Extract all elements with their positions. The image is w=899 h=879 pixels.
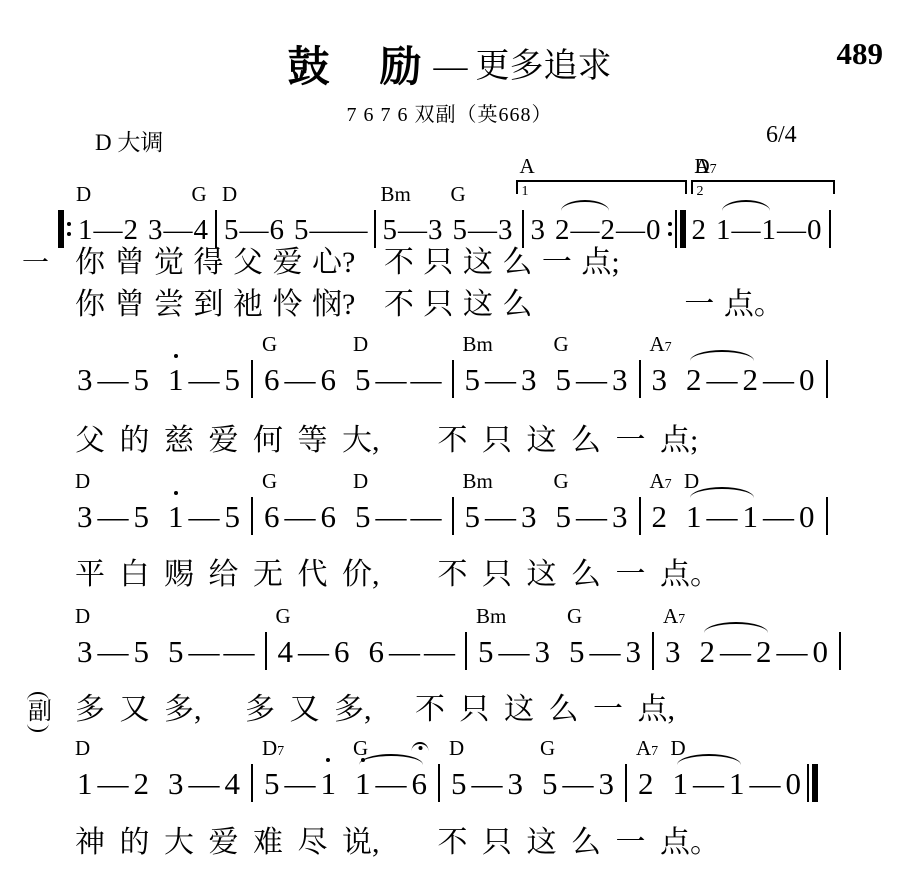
duration-dash: —	[763, 499, 794, 535]
note-number: 1	[321, 766, 337, 801]
note-number: 3	[521, 362, 537, 397]
tie-arc: 1—1	[715, 212, 777, 248]
note-number: 2	[652, 499, 668, 534]
note-number: 3	[148, 214, 163, 246]
note: 5	[225, 362, 241, 398]
note-number: 5	[556, 499, 572, 534]
note: 5Bm	[383, 212, 398, 248]
barline	[452, 497, 454, 535]
tie-arc: 2—2	[683, 362, 761, 398]
note-number: 5	[134, 499, 150, 534]
note-number: 5	[134, 634, 150, 669]
chord-number: 7	[710, 162, 717, 177]
chord-label: D	[222, 184, 237, 205]
note: 5Bm	[478, 634, 494, 670]
note: 5D	[355, 362, 371, 398]
note: 2	[134, 766, 150, 802]
duration-dash: —	[98, 766, 129, 802]
note-number: 1	[743, 499, 759, 534]
note-number: 4	[278, 634, 294, 669]
note: 3	[498, 212, 513, 248]
chord-label: A7	[650, 334, 672, 355]
lyric-text: 平 白 赐 给 无 代 价, 不 只 这 么 一 点。	[75, 556, 720, 594]
note: 1	[321, 766, 337, 802]
note-number: 6	[369, 634, 385, 669]
note-number: 3	[498, 214, 513, 246]
note: 0	[786, 766, 802, 802]
note-number: 3	[535, 634, 551, 669]
note: 3D	[77, 634, 93, 670]
duration-dash: —	[240, 212, 269, 248]
note: 5G	[556, 362, 572, 398]
chord-label: G	[554, 334, 569, 355]
note-number: 6	[264, 362, 280, 397]
note: 0	[646, 212, 661, 248]
repeat-end-barline	[665, 210, 686, 248]
duration-dash: —	[616, 212, 645, 248]
repeat-dots	[67, 210, 71, 248]
duration-dash: —	[499, 634, 530, 670]
duration-dash: —	[189, 362, 220, 398]
duration-dash: —	[224, 634, 255, 670]
note: 3	[428, 212, 443, 248]
hymn-subtitle: 更多追求	[476, 48, 612, 85]
note: 5Bm	[465, 499, 481, 535]
duration-dash: —	[777, 212, 806, 248]
note-number: 4	[194, 214, 209, 246]
chord-label: D	[76, 184, 91, 205]
beat-gap	[152, 397, 165, 398]
barline	[826, 497, 828, 535]
note-number: 5	[451, 766, 467, 801]
beat-gap	[526, 801, 539, 802]
note-number: 3	[521, 499, 537, 534]
lyric-text: 神 的 大 爱 难 尽 说, 不 只 这 么 一 点。	[75, 824, 720, 862]
tie-arc: 1G—6	[352, 766, 430, 802]
barline	[522, 210, 524, 248]
page-title: 鼓 励—更多追求	[0, 34, 899, 94]
note: 5	[134, 362, 150, 398]
tie-arc: 2—2	[697, 634, 775, 670]
duration-dash: —	[411, 362, 442, 398]
refrain-mark: 副	[22, 692, 52, 730]
beat-gap	[339, 397, 352, 398]
duration-dash: —	[590, 634, 621, 670]
note: 1D	[78, 212, 93, 248]
note-number: 3	[508, 766, 524, 801]
chord-label: D	[671, 738, 686, 759]
barline	[438, 764, 440, 802]
note-number: 0	[799, 499, 815, 534]
note: 1	[762, 212, 777, 248]
note-number: 2	[638, 766, 654, 801]
meter-info: 7 6 7 6 双副（英668）	[0, 98, 899, 127]
duration-dash: —	[189, 499, 220, 535]
note-number: 5	[453, 214, 468, 246]
chord-label: G	[262, 471, 277, 492]
lyric-text: 你 曾 尝 到 祂 怜 悯? 不 只 这 么 一 点。	[75, 286, 784, 324]
lyric-text: 你 曾 觉 得 父 爱 心? 不 只 这 么 一 点;	[75, 244, 620, 282]
chord-label: G	[540, 738, 555, 759]
duration-dash: —	[424, 634, 455, 670]
note: 3A7	[652, 362, 668, 398]
note-number: 3	[612, 499, 628, 534]
repeat-dots	[668, 210, 672, 248]
note-number: 3	[531, 214, 546, 246]
time-signature: 6/4	[766, 122, 797, 149]
barline	[829, 210, 831, 248]
chord-label: G	[192, 184, 207, 205]
barline	[374, 210, 376, 248]
beat-gap	[657, 801, 670, 802]
music-line-5: 1D—23—45D7—11G—65D—35G—32A71D—1—0	[74, 734, 821, 802]
duration-dash: —	[707, 362, 738, 398]
note-number: 5	[225, 362, 241, 397]
note-number: 5	[465, 362, 481, 397]
barline	[265, 632, 267, 670]
note-number: 3	[77, 634, 93, 669]
barline	[452, 360, 454, 398]
note-number: 2	[692, 214, 707, 246]
note: 1D	[686, 499, 702, 535]
note: 2	[700, 634, 716, 670]
beat-gap	[670, 397, 683, 398]
note-number: 2	[756, 634, 772, 669]
duration-dash: —	[571, 212, 600, 248]
tie-arc: 2—2	[554, 212, 616, 248]
note-number: 1	[729, 766, 745, 801]
note-number: 2	[743, 362, 759, 397]
lyric-text: 多 又 多, 多 又 多, 不 只 这 么 一 点,	[75, 691, 675, 729]
chord-label: D	[353, 471, 368, 492]
note: 0	[807, 212, 822, 248]
duration-dash: —	[189, 634, 220, 670]
note: 5D	[355, 499, 371, 535]
beat-gap	[553, 669, 566, 670]
note-number: 1	[716, 214, 731, 246]
beat-gap	[707, 247, 715, 248]
beat-gap	[540, 534, 553, 535]
note: 3D	[77, 499, 93, 535]
music-line-2: 3—51—56G—65D——5Bm—35G—33A72—2—0	[74, 330, 836, 398]
note-number: 3	[77, 362, 93, 397]
volta-label: 1A	[522, 184, 530, 205]
volta-label: 2A7D	[697, 184, 705, 205]
note-number: 3	[612, 362, 628, 397]
duration-dash: —	[468, 212, 497, 248]
lyric-line-6: 神 的 大 爱 难 尽 说, 不 只 这 么 一 点。	[22, 824, 720, 862]
note: 3	[599, 766, 615, 802]
chord-number: 7	[665, 477, 672, 492]
note-number: 1	[77, 766, 93, 801]
note-number: 0	[646, 214, 661, 246]
duration-dash: —	[750, 766, 781, 802]
hymn-title: 鼓 励	[287, 45, 425, 91]
final-barline	[807, 764, 818, 802]
chord-label: A7	[636, 738, 658, 759]
note-number: 5	[355, 362, 371, 397]
chord-label: D	[353, 334, 368, 355]
lyric-prefix: 副	[22, 691, 75, 730]
note-number: 6	[264, 499, 280, 534]
note: 5G	[556, 499, 572, 535]
chord-label: A7	[663, 606, 685, 627]
beat-gap	[152, 669, 165, 670]
music-line-4: 3D—55——4G—66——5Bm—35G—33A72—2—0	[74, 602, 849, 670]
note-number: 2	[686, 362, 702, 397]
note-number: 2	[555, 214, 570, 246]
duration-dash: —	[285, 766, 316, 802]
chord-label: G	[554, 471, 569, 492]
note-number: 6	[270, 214, 285, 246]
duration-dash: —	[563, 766, 594, 802]
note: 5G	[453, 212, 468, 248]
duration-dash: —	[398, 212, 427, 248]
beat-gap	[353, 669, 366, 670]
lyric-line-2: 你 曾 尝 到 祂 怜 悯? 不 只 这 么 一 点。	[22, 286, 784, 324]
chord-label: D	[75, 738, 90, 759]
note-number: 5	[224, 214, 239, 246]
note-number: 2	[124, 214, 139, 246]
duration-dash: —	[94, 212, 123, 248]
duration-dash: —	[732, 212, 761, 248]
note: 3	[168, 766, 184, 802]
duration-dash: —	[763, 362, 794, 398]
barline	[826, 360, 828, 398]
note: 3	[521, 499, 537, 535]
note: 4	[225, 766, 241, 802]
note: 5G	[569, 634, 585, 670]
volta-number: 1	[522, 184, 529, 199]
note: 3	[626, 634, 642, 670]
chord-label: D	[449, 738, 464, 759]
duration-dash: —	[485, 362, 516, 398]
barline	[625, 764, 627, 802]
chord-label: G	[262, 334, 277, 355]
note: 4G	[194, 212, 209, 248]
duration-dash: —	[389, 634, 420, 670]
note: 3	[612, 499, 628, 535]
duration-dash: —	[777, 634, 808, 670]
note: 1	[168, 499, 184, 535]
barline	[639, 360, 641, 398]
chord-label: D	[684, 471, 699, 492]
duration-dash: —	[98, 499, 129, 535]
barline	[639, 497, 641, 535]
barline	[215, 210, 217, 248]
note-number: 1	[762, 214, 777, 246]
note: 1	[168, 362, 184, 398]
barline	[839, 632, 841, 670]
chord-label: Bm	[463, 334, 493, 355]
volta-number: 2	[697, 184, 704, 199]
chord-label: G	[353, 738, 368, 759]
duration-dash: —	[98, 634, 129, 670]
lyric-line-refrain: 副多 又 多, 多 又 多, 不 只 这 么 一 点,	[22, 691, 675, 730]
note: 1	[729, 766, 745, 802]
note-number: 5	[556, 362, 572, 397]
note: 5	[168, 634, 184, 670]
duration-dash: —	[98, 362, 129, 398]
note-number: 5	[294, 214, 309, 246]
lyric-line-3: 父 的 慈 爱 何 等 大, 不 只 这 么 一 点;	[22, 422, 698, 460]
note: 5	[294, 212, 309, 248]
duration-dash: —	[310, 212, 339, 248]
chord-label: Bm	[463, 471, 493, 492]
note-number: 1	[673, 766, 689, 801]
chord-label: D7	[262, 738, 284, 759]
note: 2A7	[652, 499, 668, 535]
note-number: 6	[412, 766, 428, 801]
lyric-line-4: 平 白 赐 给 无 代 价, 不 只 这 么 一 点。	[22, 556, 720, 594]
note-number: 1	[686, 499, 702, 534]
beat-gap	[670, 534, 683, 535]
note: 2	[124, 212, 139, 248]
note-number: 5	[225, 499, 241, 534]
note: 5	[134, 634, 150, 670]
note-number: 5	[355, 499, 371, 534]
note: 6	[321, 499, 337, 535]
note: 1G	[355, 766, 371, 802]
duration-dash: —	[576, 499, 607, 535]
note-number: 5	[465, 499, 481, 534]
note-number: 5	[383, 214, 398, 246]
note-number: 5	[134, 362, 150, 397]
duration-dash: —	[576, 362, 607, 398]
note-number: 0	[799, 362, 815, 397]
hymn-sheet: 鼓 励—更多追求 489 7 6 7 6 双副（英668） D 大调 6/4 1…	[0, 0, 899, 879]
note: 6	[321, 362, 337, 398]
chord-number: 7	[277, 744, 284, 759]
duration-dash: —	[285, 499, 316, 535]
note: 5D	[224, 212, 239, 248]
note: 5D7	[264, 766, 280, 802]
note: 2	[601, 212, 616, 248]
verse-number: 一	[22, 244, 75, 282]
note-number: 0	[786, 766, 802, 801]
note: 1D	[673, 766, 689, 802]
duration-dash: —	[376, 766, 407, 802]
duration-dash: —	[189, 766, 220, 802]
chord-number: 7	[678, 612, 685, 627]
note-number: 3	[652, 362, 668, 397]
repeat-start-barline	[58, 210, 74, 248]
chord-label: Bm	[476, 606, 506, 627]
duration-dash: —	[472, 766, 503, 802]
chord-label: A	[520, 156, 535, 177]
duration-dash: —	[376, 362, 407, 398]
note-number: 5	[542, 766, 558, 801]
note: 6G	[264, 362, 280, 398]
duration-dash: —	[339, 212, 368, 248]
duration-dash: —	[485, 499, 516, 535]
duration-dash: —	[285, 362, 316, 398]
note-number: 3	[168, 766, 184, 801]
note: 2	[686, 362, 702, 398]
note: 6G	[264, 499, 280, 535]
note: 2	[692, 212, 707, 248]
note: 6	[369, 634, 385, 670]
note-number: 3	[665, 634, 681, 669]
note-number: 5	[569, 634, 585, 669]
note-number: 1	[355, 766, 371, 801]
note: 5	[225, 499, 241, 535]
chord-label: Bm	[381, 184, 411, 205]
note: 3	[612, 362, 628, 398]
lyric-text: 父 的 慈 爱 何 等 大, 不 只 这 么 一 点;	[75, 422, 698, 460]
volta-bracket: 2A7D21—1—0	[691, 180, 837, 248]
note-number: 3	[599, 766, 615, 801]
note: 2A7	[638, 766, 654, 802]
note: 3	[77, 362, 93, 398]
note: 2	[555, 212, 570, 248]
note-number: 5	[264, 766, 280, 801]
note: 6	[412, 766, 428, 802]
note: 3	[535, 634, 551, 670]
note: 6	[270, 212, 285, 248]
note-number: 2	[601, 214, 616, 246]
barline	[251, 764, 253, 802]
chord-label: G	[451, 184, 466, 205]
music-line-3: 3D—51—56G—65D——5Bm—35G—32A71D—1—0	[74, 467, 836, 535]
note: 2	[743, 362, 759, 398]
note-number: 2	[134, 766, 150, 801]
chord-number: 7	[665, 340, 672, 355]
duration-dash: —	[707, 499, 738, 535]
note: 0	[799, 362, 815, 398]
duration-dash: —	[411, 499, 442, 535]
duration-dash: —	[376, 499, 407, 535]
chord-label: A7	[650, 471, 672, 492]
note-number: 6	[321, 499, 337, 534]
note: 1	[743, 499, 759, 535]
duration-dash: —	[693, 766, 724, 802]
chord-label: D	[75, 606, 90, 627]
hymn-number: 489	[837, 36, 884, 72]
chord-number: 7	[651, 744, 658, 759]
duration-dash: —	[720, 634, 751, 670]
note-number: 3	[626, 634, 642, 669]
beat-gap	[540, 397, 553, 398]
note: 3	[148, 212, 163, 248]
volta-bracket: 1A32—2—0	[516, 180, 689, 248]
note: 5D	[451, 766, 467, 802]
note-number: 5	[168, 634, 184, 669]
barline	[251, 360, 253, 398]
beat-gap	[152, 801, 165, 802]
beat-gap	[339, 534, 352, 535]
tie-arc: 1D—1	[683, 499, 761, 535]
beat-gap	[339, 801, 352, 802]
note-number: 2	[700, 634, 716, 669]
tie-arc: 1D—1	[670, 766, 748, 802]
chord-label: G	[276, 606, 291, 627]
note: 5	[134, 499, 150, 535]
note-number: 1	[168, 499, 184, 534]
note: 5G	[542, 766, 558, 802]
note-number: 6	[321, 362, 337, 397]
note-number: 6	[334, 634, 350, 669]
title-dash: —	[434, 48, 468, 85]
duration-dash: —	[164, 212, 193, 248]
note-number: 3	[428, 214, 443, 246]
note-number: 5	[478, 634, 494, 669]
note: 0	[799, 499, 815, 535]
note-number: 4	[225, 766, 241, 801]
note: 6	[334, 634, 350, 670]
note-number: 0	[807, 214, 822, 246]
note: 4G	[278, 634, 294, 670]
